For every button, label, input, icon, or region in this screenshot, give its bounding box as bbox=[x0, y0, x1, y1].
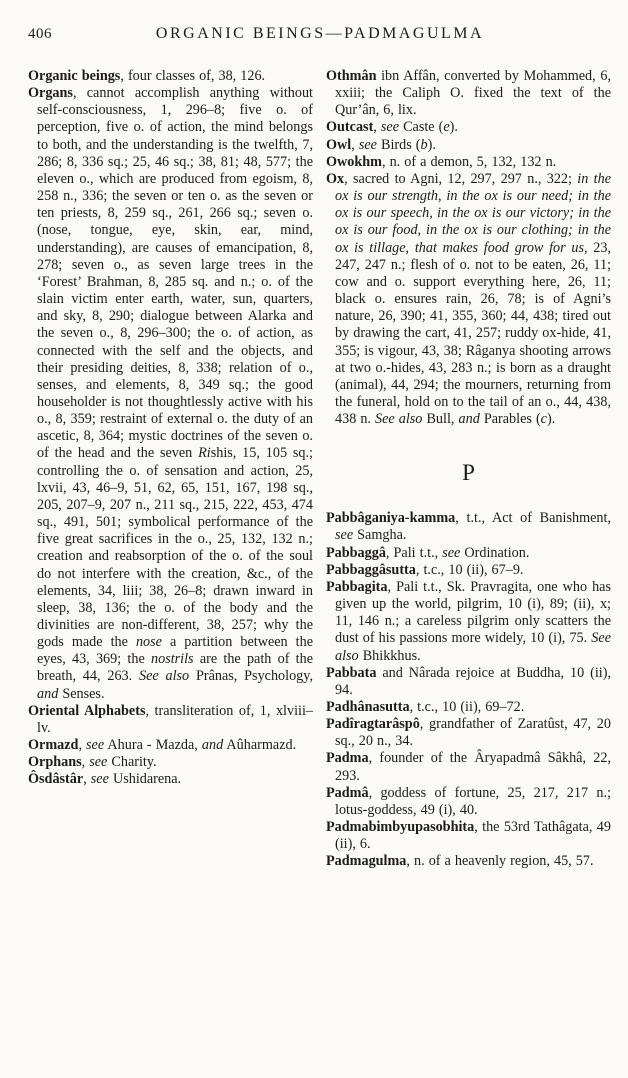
entry-text: see bbox=[86, 737, 104, 753]
index-entry: Padhânasutta, t.c., 10 (ii), 69–72. bbox=[326, 699, 611, 716]
entry-text: , t.c., 10 (ii), 67–9. bbox=[416, 562, 524, 578]
section-heading: P bbox=[326, 460, 611, 486]
entry-headword: Orphans bbox=[28, 754, 82, 770]
entry-headword: Ormazd bbox=[28, 737, 78, 753]
entry-headword: Pabbagita bbox=[326, 579, 388, 595]
entry-headword: Padma bbox=[326, 750, 369, 766]
page-number: 406 bbox=[28, 26, 52, 43]
index-entry: Outcast, see Caste (e). bbox=[326, 119, 611, 136]
index-entry: Pabbata and Nârada rejoice at Buddha, 10… bbox=[326, 665, 611, 699]
entry-headword: Organs bbox=[28, 85, 73, 101]
right-column: Othmân ibn Affân, converted by Mohammed,… bbox=[326, 68, 611, 871]
entry-headword: Padmabimbyupasobhita bbox=[326, 819, 474, 835]
entry-text: Bhikkhus. bbox=[359, 648, 421, 664]
index-entry: Padîragtarâspô, grandfather of Zaratûst,… bbox=[326, 716, 611, 750]
entry-text: see bbox=[89, 754, 107, 770]
index-entry: Ôsdâstâr, see Ushidarena. bbox=[28, 771, 313, 788]
entry-headword: Pabbâganiya-kamma bbox=[326, 510, 455, 526]
entry-text: , bbox=[351, 137, 359, 153]
index-entry: Padmabimbyupasobhita, the 53rd Tathâgata… bbox=[326, 819, 611, 853]
entry-text: Samgha. bbox=[353, 527, 406, 543]
entry-text: nostrils bbox=[151, 651, 194, 667]
entry-text: , n. of a heavenly region, 45, 57. bbox=[406, 853, 593, 869]
index-entry: Organic beings, four classes of, 38, 126… bbox=[28, 68, 313, 85]
index-entry: Oriental Alphabets, transliteration of, … bbox=[28, 703, 313, 737]
entry-text: see bbox=[442, 545, 460, 561]
index-entry: Owokhm, n. of a demon, 5, 132, 132 n. bbox=[326, 154, 611, 171]
entry-headword: Oriental Alphabets bbox=[28, 703, 145, 719]
entry-text: and bbox=[37, 686, 58, 702]
index-entry: Pabbagita, Pali t.t., Sk. Pravragita, on… bbox=[326, 579, 611, 665]
running-header: 406 ORGANIC BEINGS—PADMAGULMA bbox=[28, 24, 612, 50]
entry-text: , Pali t.t., bbox=[386, 545, 442, 561]
entry-headword: Padîragtarâspô bbox=[326, 716, 420, 732]
entry-text: , goddess of fortune, 25, 217, 217 n.; l… bbox=[335, 785, 611, 818]
entry-text: ibn Affân, converted by Mohammed, 6, xxi… bbox=[335, 68, 611, 118]
index-entry: Pabbâganiya-kamma, t.t., Act of Banishme… bbox=[326, 510, 611, 544]
entry-headword: Owokhm bbox=[326, 154, 382, 170]
index-entry: Organs, cannot accomplish anything witho… bbox=[28, 85, 313, 703]
entry-text: Birds ( bbox=[377, 137, 421, 153]
entry-headword: Pabbata bbox=[326, 665, 376, 681]
index-entry: Orphans, see Charity. bbox=[28, 754, 313, 771]
entry-headword: Padmagulma bbox=[326, 853, 406, 869]
entry-text: and bbox=[459, 411, 480, 427]
entry-text: Parables ( bbox=[480, 411, 541, 427]
entry-text: shis, 15, 105 sq.; controlling the o. of… bbox=[37, 445, 313, 650]
entry-text: , bbox=[83, 771, 91, 787]
entry-headword: Othmân bbox=[326, 68, 376, 84]
index-entry: Owl, see Birds (b). bbox=[326, 137, 611, 154]
entry-text: Caste ( bbox=[399, 119, 443, 135]
entry-text: and bbox=[202, 737, 223, 753]
entry-text: see bbox=[381, 119, 399, 135]
page-title: ORGANIC BEINGS—PADMAGULMA bbox=[28, 24, 612, 43]
entry-text: Charity. bbox=[107, 754, 156, 770]
entry-text: , n. of a demon, 5, 132, 132 n. bbox=[382, 154, 556, 170]
entry-text: ). bbox=[547, 411, 555, 427]
entry-text: , four classes of, 38, 126. bbox=[120, 68, 265, 84]
entry-headword: Ôsdâstâr bbox=[28, 771, 83, 787]
entry-text: , bbox=[78, 737, 86, 753]
entry-text: , sacred to Agni, 12, 297, 297 n., 322; bbox=[344, 171, 577, 187]
entry-headword: Pabbaggâ bbox=[326, 545, 386, 561]
entry-text: See also bbox=[139, 668, 189, 684]
index-entry: Padmâ, goddess of fortune, 25, 217, 217 … bbox=[326, 785, 611, 819]
entry-headword: Organic beings bbox=[28, 68, 120, 84]
entry-text: nose bbox=[136, 634, 162, 650]
entry-text: Ri bbox=[198, 445, 211, 461]
entry-text: see bbox=[91, 771, 109, 787]
index-entry: Ox, sacred to Agni, 12, 297, 297 n., 322… bbox=[326, 171, 611, 428]
entry-text: Bull, bbox=[422, 411, 458, 427]
entry-text: Senses. bbox=[58, 686, 104, 702]
entry-text: , founder of the Âryapadmâ Sâkhâ, 22, 29… bbox=[335, 750, 611, 783]
entry-text: Aûharmazd. bbox=[223, 737, 296, 753]
index-entry: Ormazd, see Ahura - Mazda, and Aûharmazd… bbox=[28, 737, 313, 754]
index-columns: Organic beings, four classes of, 38, 126… bbox=[28, 68, 612, 871]
entry-text: , 23, 247, 247 n.; flesh of o. not to be… bbox=[335, 240, 611, 428]
entry-text: See also bbox=[375, 411, 422, 427]
entry-text: see bbox=[359, 137, 377, 153]
entry-text: Prânas, Psychology, bbox=[189, 668, 313, 684]
entry-text: see bbox=[335, 527, 353, 543]
entry-text: Ordination. bbox=[460, 545, 529, 561]
entry-text: b bbox=[421, 137, 428, 153]
index-entry: Pabbaggâ, Pali t.t., see Ordination. bbox=[326, 545, 611, 562]
entry-headword: Padhânasutta bbox=[326, 699, 410, 715]
book-page: 406 ORGANIC BEINGS—PADMAGULMA Organic be… bbox=[0, 0, 628, 1078]
entry-text: , bbox=[373, 119, 381, 135]
index-entry: Padmagulma, n. of a heavenly region, 45,… bbox=[326, 853, 611, 870]
entry-headword: Outcast bbox=[326, 119, 373, 135]
index-entry: Padma, founder of the Âryapadmâ Sâkhâ, 2… bbox=[326, 750, 611, 784]
index-entry: Pabbaggâsutta, t.c., 10 (ii), 67–9. bbox=[326, 562, 611, 579]
index-entry: Othmân ibn Affân, converted by Mohammed,… bbox=[326, 68, 611, 119]
entry-headword: Owl bbox=[326, 137, 351, 153]
entry-text: , cannot accomplish anything without sel… bbox=[37, 85, 313, 461]
entry-headword: Pabbaggâsutta bbox=[326, 562, 416, 578]
entry-headword: Padmâ bbox=[326, 785, 369, 801]
entry-text: ). bbox=[428, 137, 436, 153]
entry-text: ). bbox=[450, 119, 458, 135]
entry-text: Ahura - Mazda, bbox=[104, 737, 202, 753]
entry-headword: Ox bbox=[326, 171, 344, 187]
left-column: Organic beings, four classes of, 38, 126… bbox=[28, 68, 313, 871]
entry-text: , t.c., 10 (ii), 69–72. bbox=[410, 699, 525, 715]
entry-text: , t.t., Act of Banishment, bbox=[455, 510, 611, 526]
entry-text: and Nârada rejoice at Buddha, 10 (ii), 9… bbox=[335, 665, 611, 698]
entry-text: Ushidarena. bbox=[109, 771, 181, 787]
